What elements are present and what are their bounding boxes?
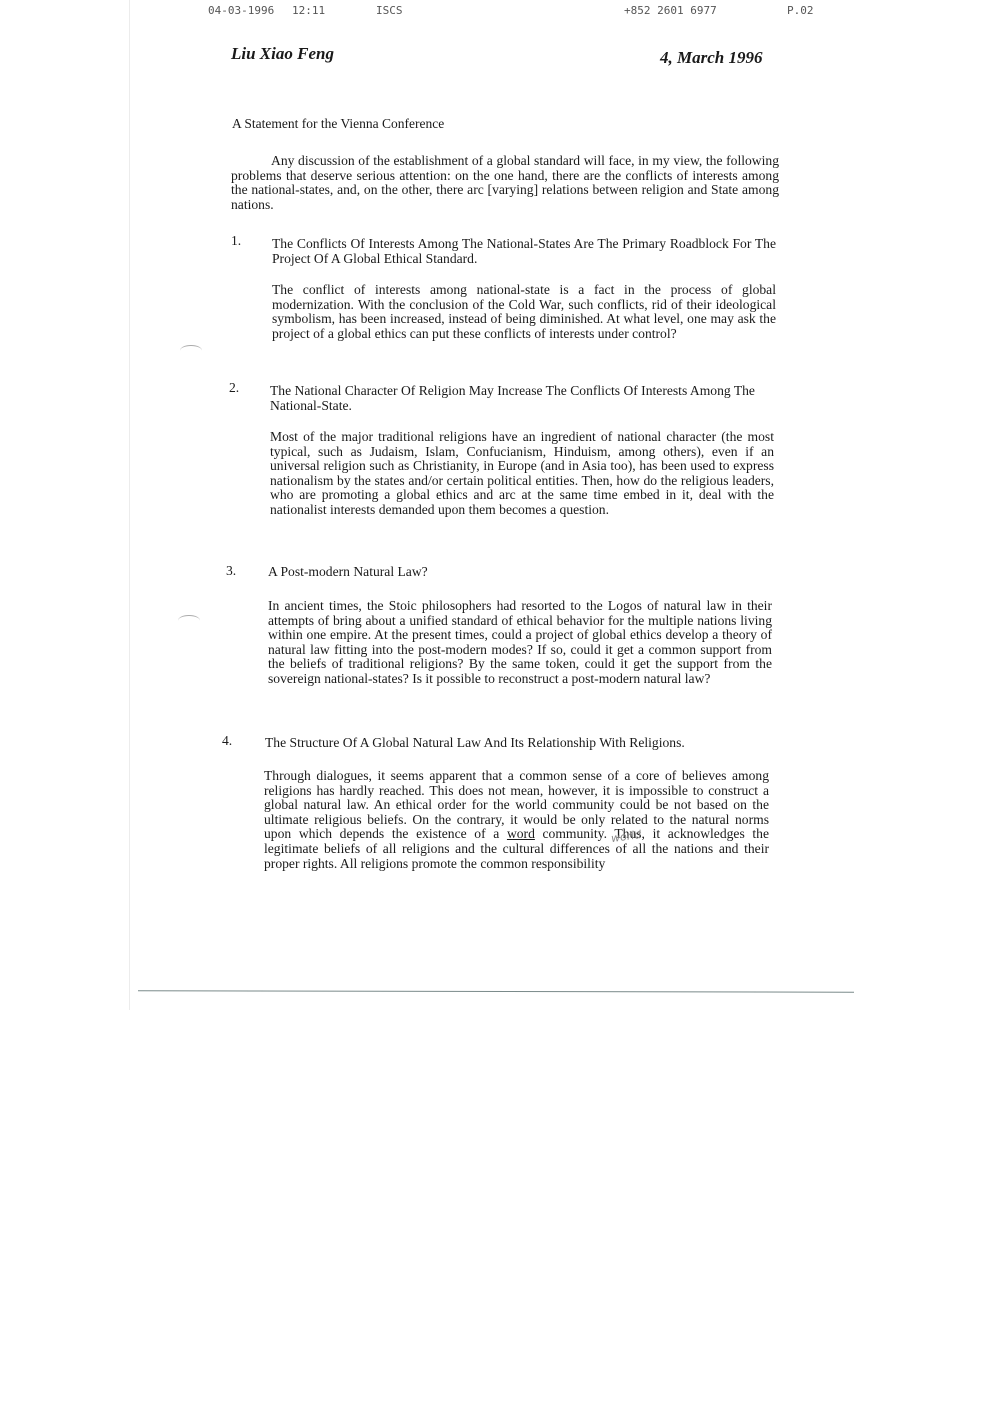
document-title: A Statement for the Vienna Conference: [232, 116, 444, 132]
page-bottom-rule: [138, 990, 854, 992]
section-3-body: In ancient times, the Stoic philosophers…: [268, 599, 772, 687]
scan-mark: [178, 615, 200, 626]
fax-page: P.02: [787, 4, 814, 17]
section-4-body: Through dialogues, it seems apparent tha…: [264, 769, 769, 871]
fax-time: 12:11: [292, 4, 325, 17]
section-2-body: Most of the major traditional religions …: [270, 430, 774, 518]
letter-date: 4, March 1996: [660, 48, 762, 68]
underlined-word: word: [507, 826, 535, 841]
scan-left-edge: [129, 0, 130, 1010]
section-1-body: The conflict of interests among national…: [272, 283, 776, 341]
section-4-number: 4.: [222, 733, 232, 749]
fax-header: 04-03-1996 12:11 ISCS +852 2601 6977 P.0…: [0, 4, 999, 20]
author-name: Liu Xiao Feng: [231, 44, 334, 64]
section-4-heading: The Structure Of A Global Natural Law An…: [265, 736, 785, 751]
section-3-heading: A Post-modern Natural Law?: [268, 565, 772, 580]
fax-date: 04-03-1996: [208, 4, 274, 17]
section-3-number: 3.: [226, 563, 236, 579]
section-1-number: 1.: [231, 233, 241, 249]
intro-paragraph: Any discussion of the establishment of a…: [231, 154, 779, 212]
fax-sender: ISCS: [376, 4, 403, 17]
scan-mark: [180, 345, 202, 356]
section-2-number: 2.: [229, 380, 239, 396]
fax-phone: +852 2601 6977: [624, 4, 717, 17]
section-2-heading: The National Character Of Religion May I…: [270, 384, 774, 413]
section-1-heading: The Conflicts Of Interests Among The Nat…: [272, 237, 776, 266]
